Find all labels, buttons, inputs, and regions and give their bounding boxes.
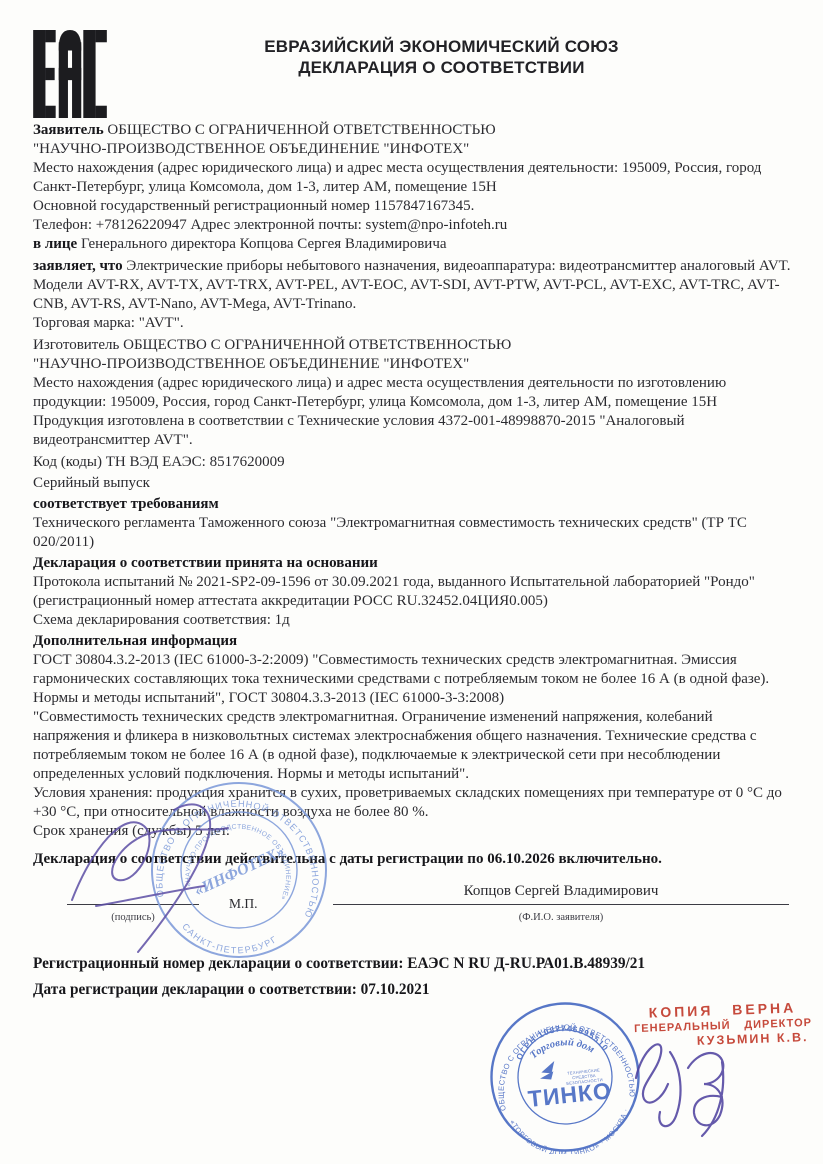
tinko-stamp-bottom-text: «ТОРГОВЫЙ ДОМ ТИНКО» · МОСКВА ·	[508, 1106, 635, 1154]
applicant-name-line: Заявитель ОБЩЕСТВО С ОГРАНИЧЕННОЙ ОТВЕТС…	[33, 121, 791, 140]
manufacturer-label: Изготовитель	[33, 337, 119, 353]
fio-line	[333, 904, 789, 905]
compliance-heading: соответствует требованиям	[33, 495, 791, 514]
gost-text-1: ГОСТ 30804.3.2-2013 (IEC 61000-3-2:2009)…	[33, 651, 791, 708]
declaration-document: ЕВРАЗИЙСКИЙ ЭКОНОМИЧЕСКИЙ СОЮЗ ДЕКЛАРАЦИ…	[0, 0, 823, 1164]
tinko-round-stamp: ОБЩЕСТВО С ОГРАНИЧЕННОЙ ОТВЕТСТВЕННОСТЬЮ…	[488, 1000, 642, 1159]
svg-text:«ТОРГОВЫЙ ДОМ ТИНКО» · МОСКВА: «ТОРГОВЫЙ ДОМ ТИНКО» · МОСКВА ·	[508, 1106, 635, 1154]
registration-date-line: Дата регистрации декларации о соответств…	[33, 980, 791, 999]
production-note: Продукция изготовлена в соответствии с Т…	[33, 412, 791, 450]
basis-protocol: Протокола испытаний № 2021-SP2-09-1596 о…	[33, 573, 791, 611]
gost-text-2: "Совместимость технических средств элект…	[33, 708, 791, 784]
tnved-code-line: Код (коды) ТН ВЭД ЕАЭС: 8517620009	[33, 453, 791, 472]
applicant-contacts: Телефон: +78126220947 Адрес электронной …	[33, 216, 791, 235]
basis-scheme: Схема декларирования соответствия: 1д	[33, 611, 791, 630]
basis-heading: Декларация о соответствии принята на осн…	[33, 554, 791, 573]
compliance-text: Технического регламента Таможенного союз…	[33, 514, 791, 552]
manufacturer-address: Место нахождения (адрес юридического лиц…	[33, 374, 791, 412]
declares-label: заявляет, что	[33, 258, 123, 274]
page-title: ЕВРАЗИЙСКИЙ ЭКОНОМИЧЕСКИЙ СОЮЗ ДЕКЛАРАЦИ…	[60, 36, 823, 78]
applicant-name-line2: "НАУЧНО-ПРОИЗВОДСТВЕННОЕ ОБЪЕДИНЕНИЕ "ИН…	[33, 140, 791, 159]
title-line-2: ДЕКЛАРАЦИЯ О СООТВЕТСТВИИ	[60, 57, 823, 78]
declares-paragraph: заявляет, что Электрические приборы небы…	[33, 257, 791, 314]
applicant-label: Заявитель	[33, 122, 104, 138]
applicant-signature	[56, 790, 261, 963]
manufacturer-name-line2: "НАУЧНО-ПРОИЗВОДСТВЕННОЕ ОБЪЕДИНЕНИЕ "ИН…	[33, 355, 791, 374]
represented-by-label: в лице	[33, 236, 77, 252]
serial-line: Серийный выпуск	[33, 474, 791, 493]
additional-info-heading: Дополнительная информация	[33, 632, 791, 651]
trademark-line: Торговая марка: "AVT".	[33, 314, 791, 333]
applicant-ogrn: Основной государственный регистрационный…	[33, 197, 791, 216]
applicant-address: Место нахождения (адрес юридического лиц…	[33, 159, 791, 197]
title-line-1: ЕВРАЗИЙСКИЙ ЭКОНОМИЧЕСКИЙ СОЮЗ	[60, 36, 823, 57]
applicant-fio: Копцов Сергей Владимирович	[333, 882, 789, 901]
tinko-logo-ray	[540, 1061, 555, 1074]
fio-caption: (Ф.И.О. заявителя)	[333, 908, 789, 927]
director-signature	[626, 1026, 744, 1143]
manufacturer-name-line: Изготовитель ОБЩЕСТВО С ОГРАНИЧЕННОЙ ОТВ…	[33, 336, 791, 355]
applicant-representative: в лице Генерального директора Копцова Се…	[33, 235, 791, 254]
